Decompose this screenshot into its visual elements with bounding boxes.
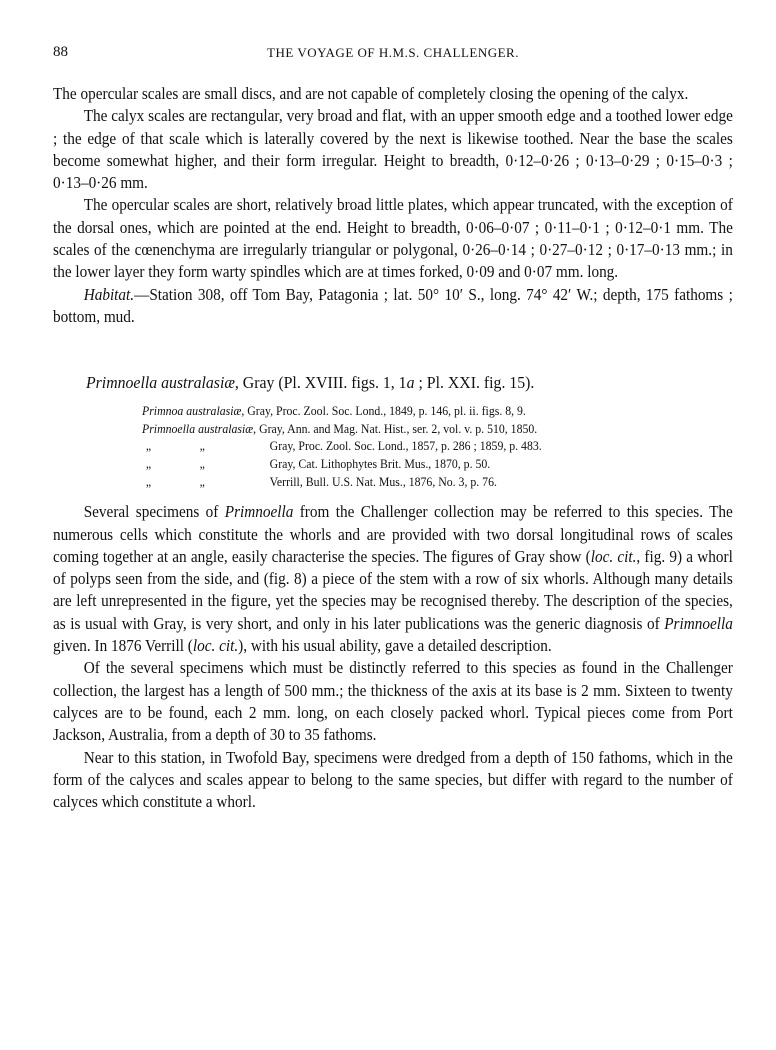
species-plates: , Gray (Pl. XVIII. figs. 1, 1 bbox=[235, 373, 407, 392]
ditto-mark: „ bbox=[200, 474, 270, 492]
synonymy-list: Primnoa australasiæ, Gray, Proc. Zool. S… bbox=[142, 403, 709, 491]
running-title: THE VOYAGE OF H.M.S. CHALLENGER. bbox=[53, 45, 733, 61]
synonymy-entry: „„Gray, Proc. Zool. Soc. Lond., 1857, p.… bbox=[142, 438, 709, 456]
ditto-mark: „ bbox=[142, 456, 200, 474]
genus-name: Primnoella bbox=[225, 502, 294, 521]
text-run: Several specimens of bbox=[84, 502, 225, 521]
synonym-taxon: Primnoella australasiæ bbox=[142, 421, 253, 439]
paragraph-twofold-bay: Near to this station, in Twofold Bay, sp… bbox=[53, 747, 733, 814]
running-header: 88 THE VOYAGE OF H.M.S. CHALLENGER. bbox=[53, 44, 733, 68]
species-heading: Primnoella australasiæ, Gray (Pl. XVIII.… bbox=[86, 371, 688, 395]
paragraph-calyx-scales: The calyx scales are rectangular, very b… bbox=[53, 105, 733, 194]
ditto-mark: „ bbox=[200, 438, 270, 456]
synonym-citation: , Gray, Ann. and Mag. Nat. Hist., ser. 2… bbox=[253, 421, 537, 439]
paragraph-several-specimens: Several specimens of Primnoella from the… bbox=[53, 501, 733, 657]
paragraph-opercular-discs: The opercular scales are small discs, an… bbox=[53, 83, 733, 105]
synonymy-entry: Primnoa australasiæ, Gray, Proc. Zool. S… bbox=[142, 403, 709, 421]
synonymy-entry: Primnoella australasiæ, Gray, Ann. and M… bbox=[142, 421, 709, 439]
paragraph-habitat: Habitat.—Station 308, off Tom Bay, Patag… bbox=[53, 284, 733, 329]
synonymy-entry: „„Gray, Cat. Lithophytes Brit. Mus., 187… bbox=[142, 456, 709, 474]
document-page: 88 THE VOYAGE OF H.M.S. CHALLENGER. The … bbox=[53, 44, 733, 813]
synonym-citation: Gray, Proc. Zool. Soc. Lond., 1857, p. 2… bbox=[270, 438, 542, 456]
synonym-citation: Gray, Cat. Lithophytes Brit. Mus., 1870,… bbox=[270, 456, 491, 474]
synonym-citation: , Gray, Proc. Zool. Soc. Lond., 1849, p.… bbox=[241, 403, 526, 421]
ditto-mark: „ bbox=[142, 474, 200, 492]
habitat-text: —Station 308, off Tom Bay, Patagonia ; l… bbox=[53, 285, 733, 326]
synonymy-entry: „„Verrill, Bull. U.S. Nat. Mus., 1876, N… bbox=[142, 474, 709, 492]
species-plates-tail: ; Pl. XXI. fig. 15). bbox=[414, 373, 534, 392]
paragraph-largest-specimen: Of the several specimens which must be d… bbox=[53, 657, 733, 746]
loc-cit: loc. cit. bbox=[193, 636, 238, 655]
body-text-bottom: Several specimens of Primnoella from the… bbox=[53, 501, 733, 813]
body-text-top: The opercular scales are small discs, an… bbox=[53, 83, 733, 328]
text-run: given. In 1876 Verrill ( bbox=[53, 636, 193, 655]
ditto-mark: „ bbox=[142, 438, 200, 456]
genus-name: Primnoella bbox=[664, 614, 733, 633]
synonym-taxon: Primnoa australasiæ bbox=[142, 403, 241, 421]
habitat-label: Habitat. bbox=[84, 285, 134, 304]
ditto-mark: „ bbox=[200, 456, 270, 474]
synonym-citation: Verrill, Bull. U.S. Nat. Mus., 1876, No.… bbox=[270, 474, 497, 492]
species-name: Primnoella australasiæ bbox=[86, 373, 235, 392]
loc-cit: loc. cit. bbox=[591, 547, 637, 566]
paragraph-opercular-plates: The opercular scales are short, relative… bbox=[53, 194, 733, 283]
text-run: ), with his usual ability, gave a detail… bbox=[238, 636, 552, 655]
